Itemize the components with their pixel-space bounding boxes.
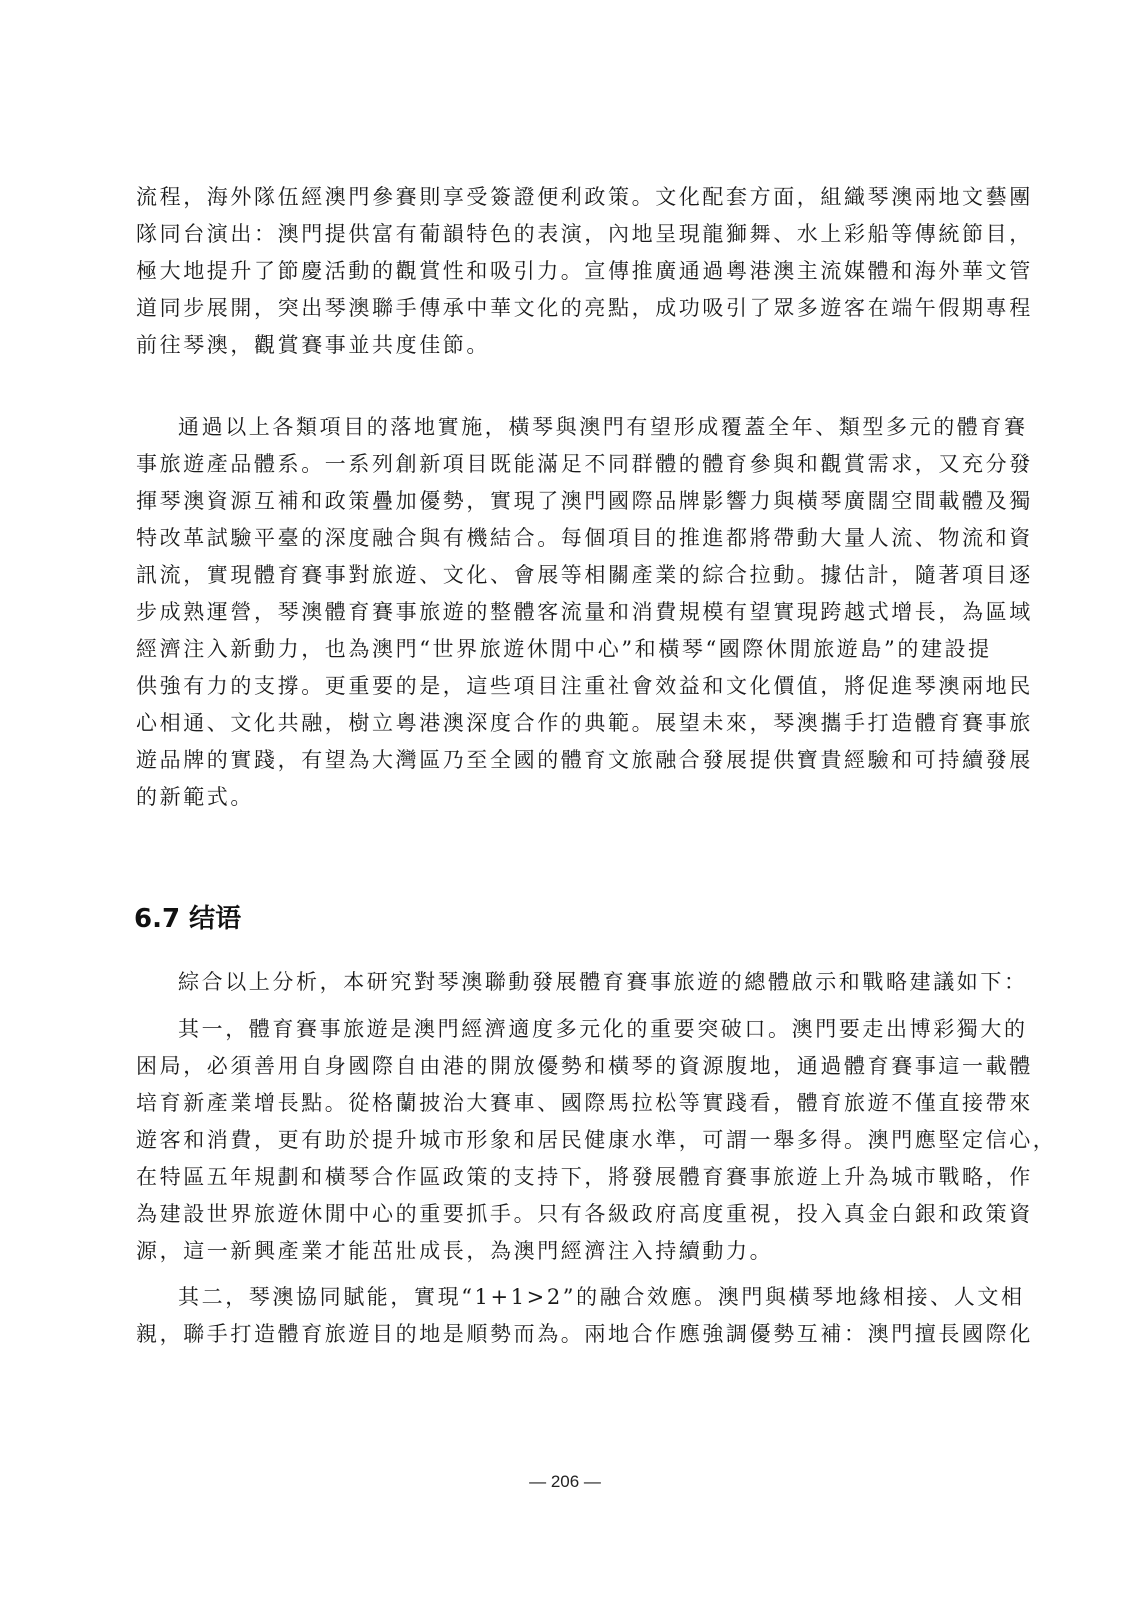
text-line: 在特區五年規劃和橫琴合作區政策的支持下，將發展體育賽事旅遊上升為城市戰略，作	[136, 1163, 976, 1191]
text-line: 綜合以上分析，本研究對琴澳聯動發展體育賽事旅遊的總體啟示和戰略建議如下：	[178, 968, 976, 996]
text-line: 步成熟運營，琴澳體育賽事旅遊的整體客流量和消費規模有望實現跨越式增長，為區域	[136, 598, 976, 626]
text-line: 通過以上各類項目的落地實施，橫琴與澳門有望形成覆蓋全年、類型多元的體育賽	[178, 413, 976, 441]
text-line: 供強有力的支撐。更重要的是，這些項目注重社會效益和文化價值，將促進琴澳兩地民	[136, 672, 976, 700]
page-number: — 206 —	[0, 1472, 1130, 1492]
document-page: 流程，海外隊伍經澳門參賽則享受簽證便利政策。文化配套方面，組織琴澳兩地文藝團 隊…	[0, 0, 1130, 1600]
section-heading: 6.7 结语	[134, 902, 241, 936]
text-line: 極大地提升了節慶活動的觀賞性和吸引力。宣傳推廣通過粵港澳主流媒體和海外華文管	[136, 257, 976, 285]
text-line: 道同步展開，突出琴澳聯手傳承中華文化的亮點，成功吸引了眾多遊客在端午假期專程	[136, 294, 976, 322]
text-line: 特改革試驗平臺的深度融合與有機結合。每個項目的推進都將帶動大量人流、物流和資	[136, 524, 976, 552]
text-line: 為建設世界旅遊休閒中心的重要抓手。只有各級政府高度重視，投入真金白銀和政策資	[136, 1200, 976, 1228]
text-line: 訊流，實現體育賽事對旅遊、文化、會展等相關產業的綜合拉動。據估計，隨著項目逐	[136, 561, 976, 589]
text-line: 其二，琴澳協同賦能，實現“1+1>2”的融合效應。澳門與橫琴地緣相接、人文相	[178, 1283, 976, 1311]
text-line: 親，聯手打造體育旅遊目的地是順勢而為。兩地合作應強調優勢互補：澳門擅長國際化	[136, 1320, 976, 1348]
text-line: 困局，必須善用自身國際自由港的開放優勢和橫琴的資源腹地，通過體育賽事這一載體	[136, 1052, 976, 1080]
text-line: 其一，體育賽事旅遊是澳門經濟適度多元化的重要突破口。澳門要走出博彩獨大的	[178, 1015, 976, 1043]
text-line: 的新範式。	[136, 783, 976, 811]
text-line: 經濟注入新動力，也為澳門“世界旅遊休閒中心”和橫琴“國際休閒旅遊島”的建設提	[136, 635, 976, 663]
text-line: 流程，海外隊伍經澳門參賽則享受簽證便利政策。文化配套方面，組織琴澳兩地文藝團	[136, 183, 976, 211]
text-line: 揮琴澳資源互補和政策疊加優勢，實現了澳門國際品牌影響力與橫琴廣闊空間載體及獨	[136, 487, 976, 515]
text-line: 隊同台演出：澳門提供富有葡韻特色的表演，內地呈現龍獅舞、水上彩船等傳統節目，	[136, 220, 976, 248]
text-line: 遊客和消費，更有助於提升城市形象和居民健康水準，可謂一舉多得。澳門應堅定信心，	[136, 1126, 976, 1154]
text-line: 遊品牌的實踐，有望為大灣區乃至全國的體育文旅融合發展提供寶貴經驗和可持續發展	[136, 746, 976, 774]
text-line: 培育新產業增長點。從格蘭披治大賽車、國際馬拉松等實踐看，體育旅遊不僅直接帶來	[136, 1089, 976, 1117]
text-line: 前往琴澳，觀賞賽事並共度佳節。	[136, 331, 976, 359]
text-line: 源，這一新興產業才能茁壯成長，為澳門經濟注入持續動力。	[136, 1237, 976, 1265]
text-line: 心相通、文化共融，樹立粵港澳深度合作的典範。展望未來，琴澳攜手打造體育賽事旅	[136, 709, 976, 737]
text-line: 事旅遊產品體系。一系列創新項目既能滿足不同群體的體育參與和觀賞需求，又充分發	[136, 450, 976, 478]
